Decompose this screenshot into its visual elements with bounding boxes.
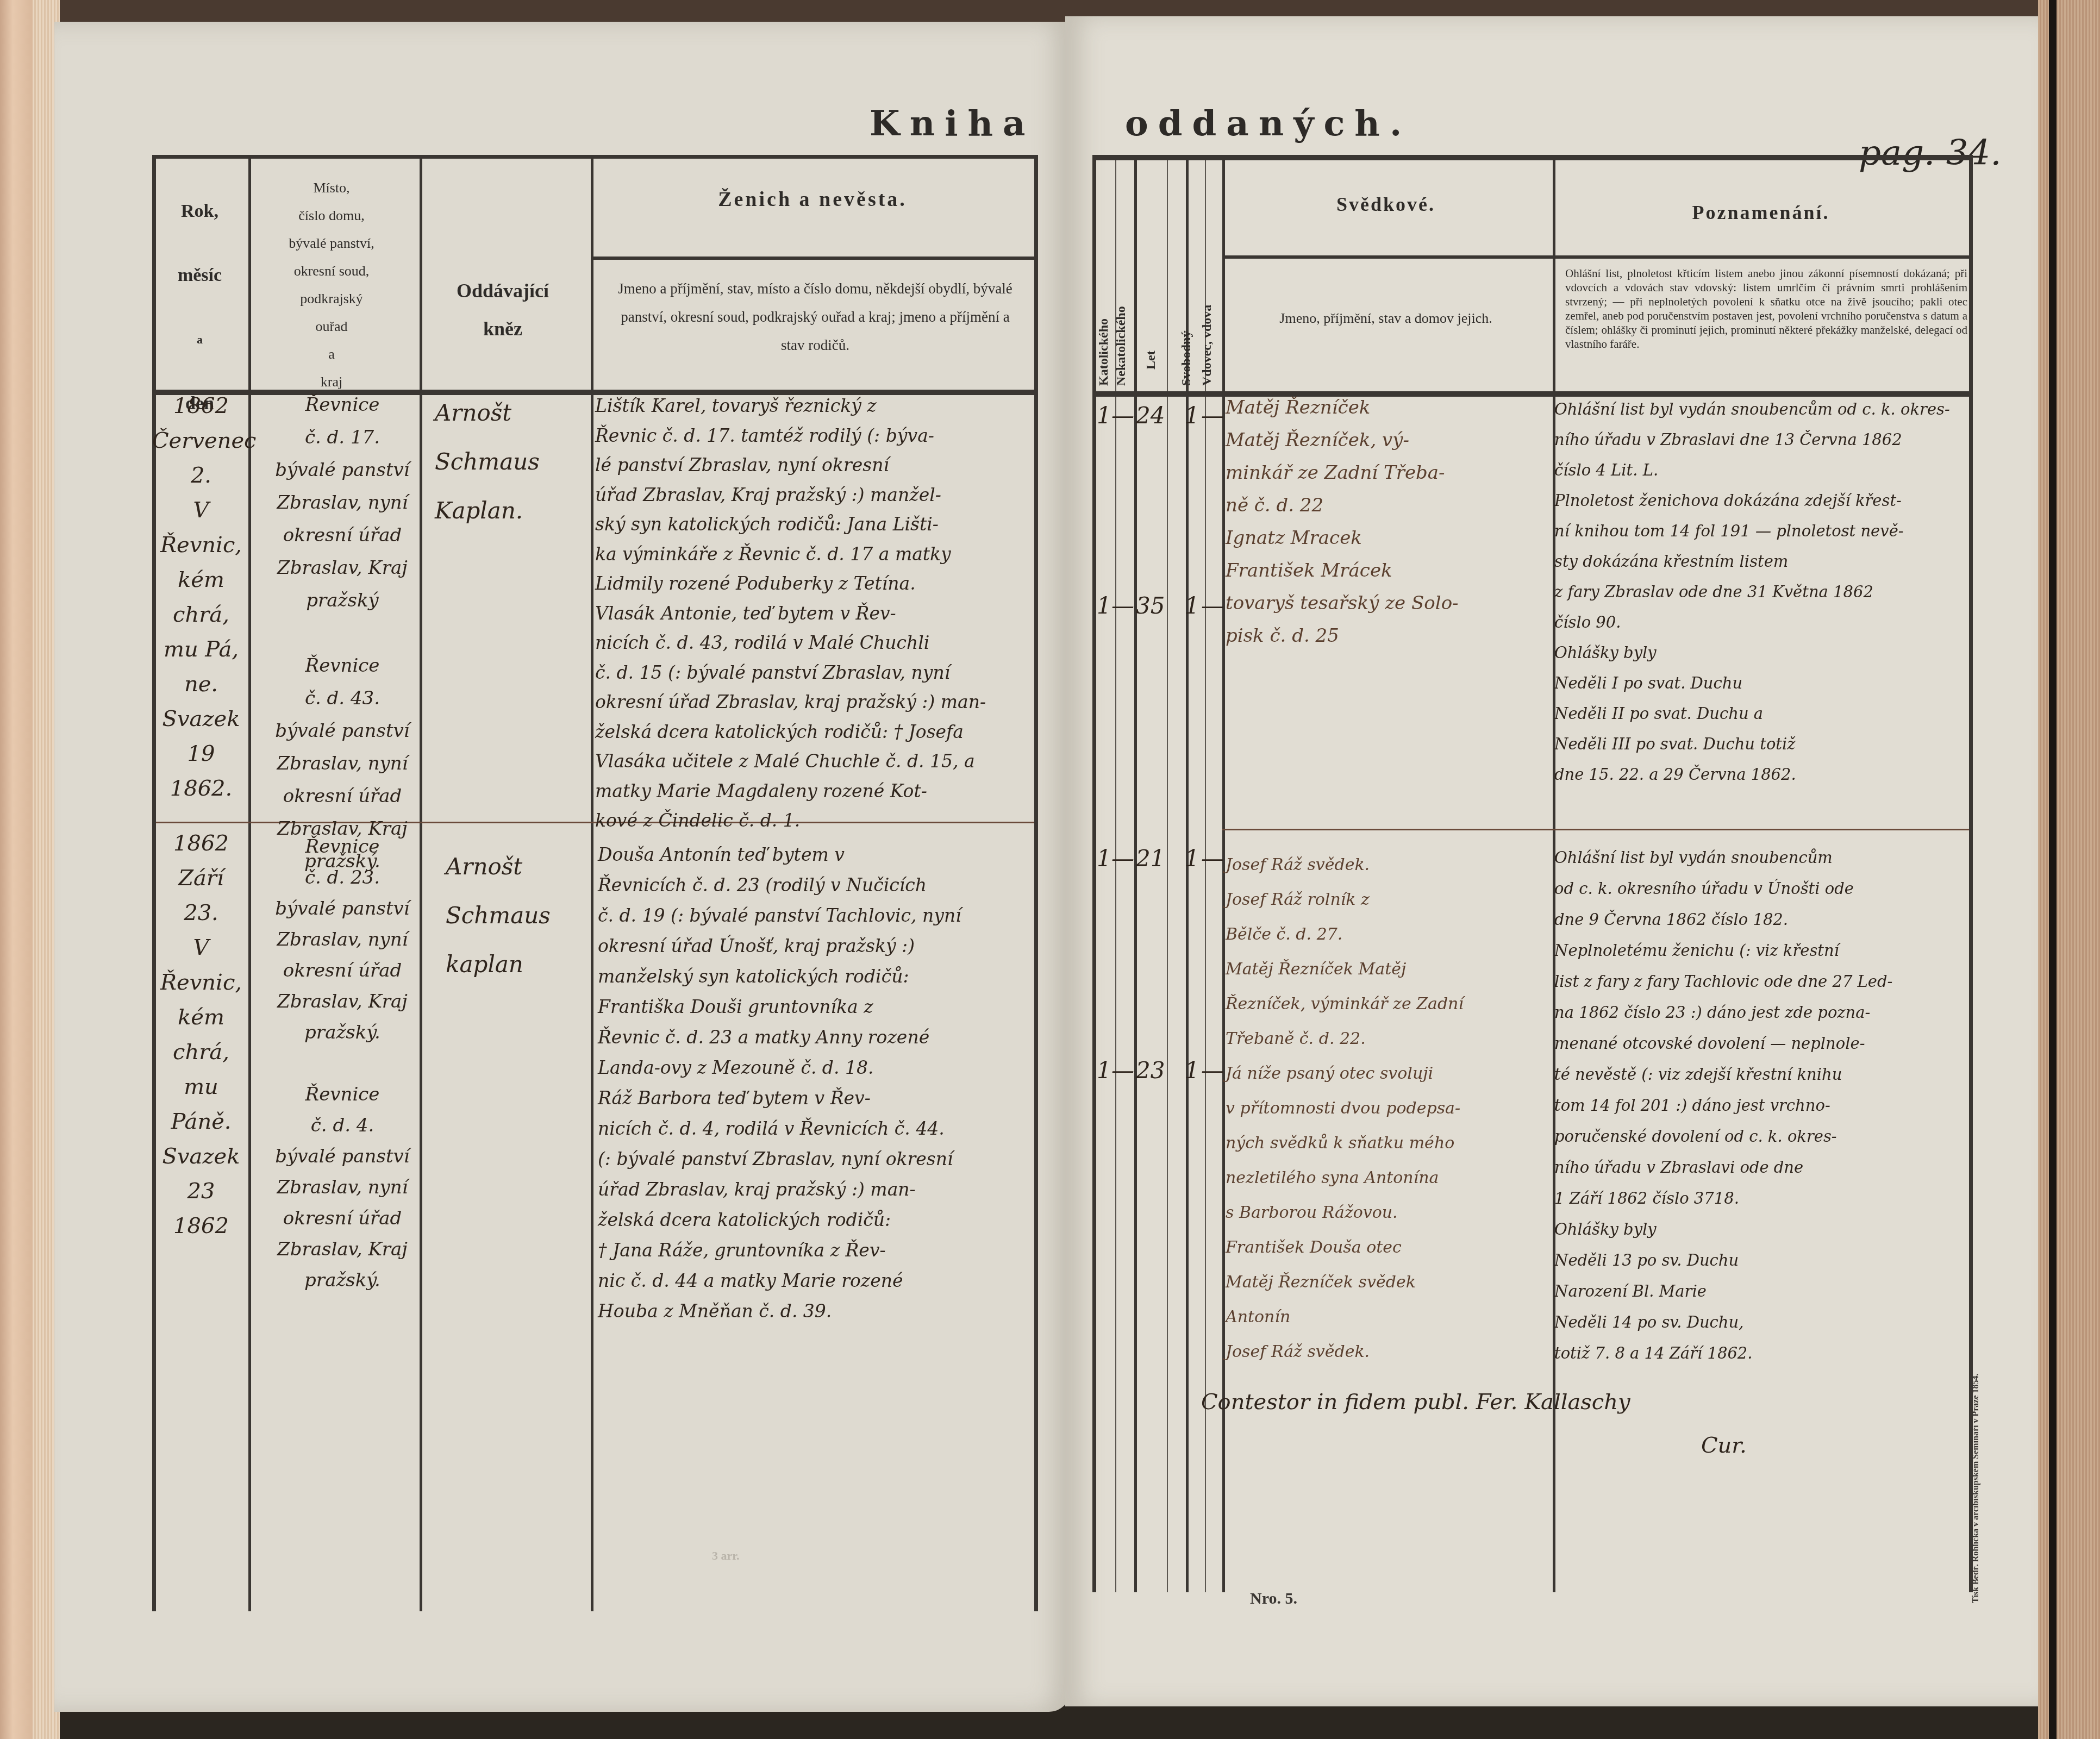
entry-1-place: Řevnice č. d. 17. bývalé panství Zbrasla… [255, 389, 429, 878]
signature-role: Cur. [1701, 1427, 1747, 1465]
header-date-a: a [155, 308, 245, 372]
header-priest-line: kněz [418, 310, 587, 348]
entry-2-witnesses: Josef Ráž svědek. Josef Ráž rolník z Běl… [1226, 848, 1552, 1369]
page-stack-right [2038, 0, 2100, 1739]
header-katolickeho: Katolického [1097, 250, 1111, 386]
header-witnesses-sub: Jmeno, příjmění, stav a domov jejich. [1223, 307, 1549, 330]
entry-1-date: 1862 Červenec 2. V Řevnic, kém chrá, mu … [152, 389, 250, 806]
book-cover-left [0, 0, 33, 1739]
entry-1-witnesses: Matěj Řezníček Matěj Řezníček, vý- minká… [1226, 391, 1546, 652]
entry-2-groom-age: 21 [1136, 840, 1165, 878]
entry-1-groom-katolicky: 1 [1097, 397, 1111, 435]
entry-2-groom-nekatolicky: — [1111, 840, 1134, 878]
header-vdovec: Vdovec, vdova [1200, 266, 1215, 386]
header-svobodny: Svobodný [1179, 304, 1194, 386]
header-couple-sub: Jmeno a příjmění, stav, místo a číslo do… [609, 274, 1022, 359]
header-place-line: Místo, [250, 174, 413, 202]
entry-2-priest: Arnošt Schmaus kaplan [446, 842, 609, 989]
header-let: Let [1144, 337, 1159, 370]
entry-1-bride-age: 35 [1136, 587, 1165, 625]
header-date-rok: Rok, [155, 179, 245, 243]
entry-1-remarks: Ohlášní list byl vydán snoubencům od c. … [1554, 394, 1973, 790]
header-place-line: bývalé panství, [250, 229, 413, 257]
header-place: Místo, číslo domu, bývalé panství, okres… [250, 174, 413, 396]
header-place-line: číslo domu, [250, 202, 413, 229]
entry-1-bride-single: 1 [1185, 587, 1199, 625]
entry-2-date: 1862 Září 23. V Řevnic, kém chrá, mu Pán… [152, 826, 250, 1243]
entry-1-bride-widow: — [1201, 587, 1224, 625]
entry-2-remarks: Ohlášní list byl vydán snoubencům od c. … [1554, 842, 1973, 1369]
header-place-line: a [250, 340, 413, 368]
entry-2-couple: Douša Antonín teď bytem v Řevnicích č. d… [598, 840, 1043, 1327]
entry-1-bride-katolicky: 1 [1097, 587, 1111, 625]
book-title-right: oddaných. [1125, 103, 1411, 144]
form-number: Nro. 5. [1250, 1590, 1297, 1608]
header-place-line: okresní soud, [250, 257, 413, 285]
book-cover-right [2049, 0, 2057, 1739]
entry-1-couple: Lištík Karel, tovaryš řeznický z Řevnic … [595, 391, 1041, 836]
entry-2-place: Řevnice č. d. 23. bývalé panství Zbrasla… [255, 831, 429, 1296]
entry-2-bride-katolicky: 1 [1097, 1052, 1111, 1090]
entry-2-groom-widower: — [1201, 840, 1224, 878]
book-title-left: Kniha [870, 103, 1035, 144]
entry-2-bride-widow: — [1201, 1052, 1224, 1090]
entry-1-bride-nekatolicky: — [1111, 587, 1134, 625]
printer-note: Tisk Bedř. Rohlíčka v arcibiskupském Sem… [1971, 1331, 1981, 1603]
header-witnesses-title: Svědkové. [1223, 193, 1549, 216]
entry-2-bride-single: 1 [1185, 1052, 1199, 1090]
header-remarks-title: Poznamenání. [1554, 201, 1967, 224]
entry-1-priest: Arnošt Schmaus Kaplan. [435, 389, 598, 535]
entry-2-bride-nekatolicky: — [1111, 1052, 1134, 1090]
header-priest-line: Oddávající [418, 272, 587, 310]
entry-1-groom-nekatolicky: — [1111, 397, 1134, 435]
entry-1-groom-single: 1 [1185, 397, 1199, 435]
header-remarks-sub: Ohlášní list, plnoletost křticím listem … [1565, 266, 1967, 351]
header-date-mesic: měsíc [155, 243, 245, 308]
header-place-line: ouřad [250, 312, 413, 340]
header-nekatolickeho: Nekatolického [1114, 250, 1129, 386]
entry-2-groom-single: 1 [1185, 840, 1199, 878]
left-page-faint-mark: 3 arr. [712, 1549, 740, 1563]
entry-2-bride-age: 23 [1136, 1052, 1165, 1090]
header-place-line: podkrajský [250, 285, 413, 312]
signature-line: Contestor in fidem publ. Fer. Kallaschy [1201, 1383, 1799, 1421]
header-priest: Oddávající kněz [418, 272, 587, 348]
header-couple-title: Ženich a nevěsta. [592, 187, 1033, 211]
entry-1-groom-age: 24 [1136, 397, 1165, 435]
entry-2-groom-katolicky: 1 [1097, 840, 1111, 878]
entry-1-groom-widower: — [1201, 397, 1224, 435]
